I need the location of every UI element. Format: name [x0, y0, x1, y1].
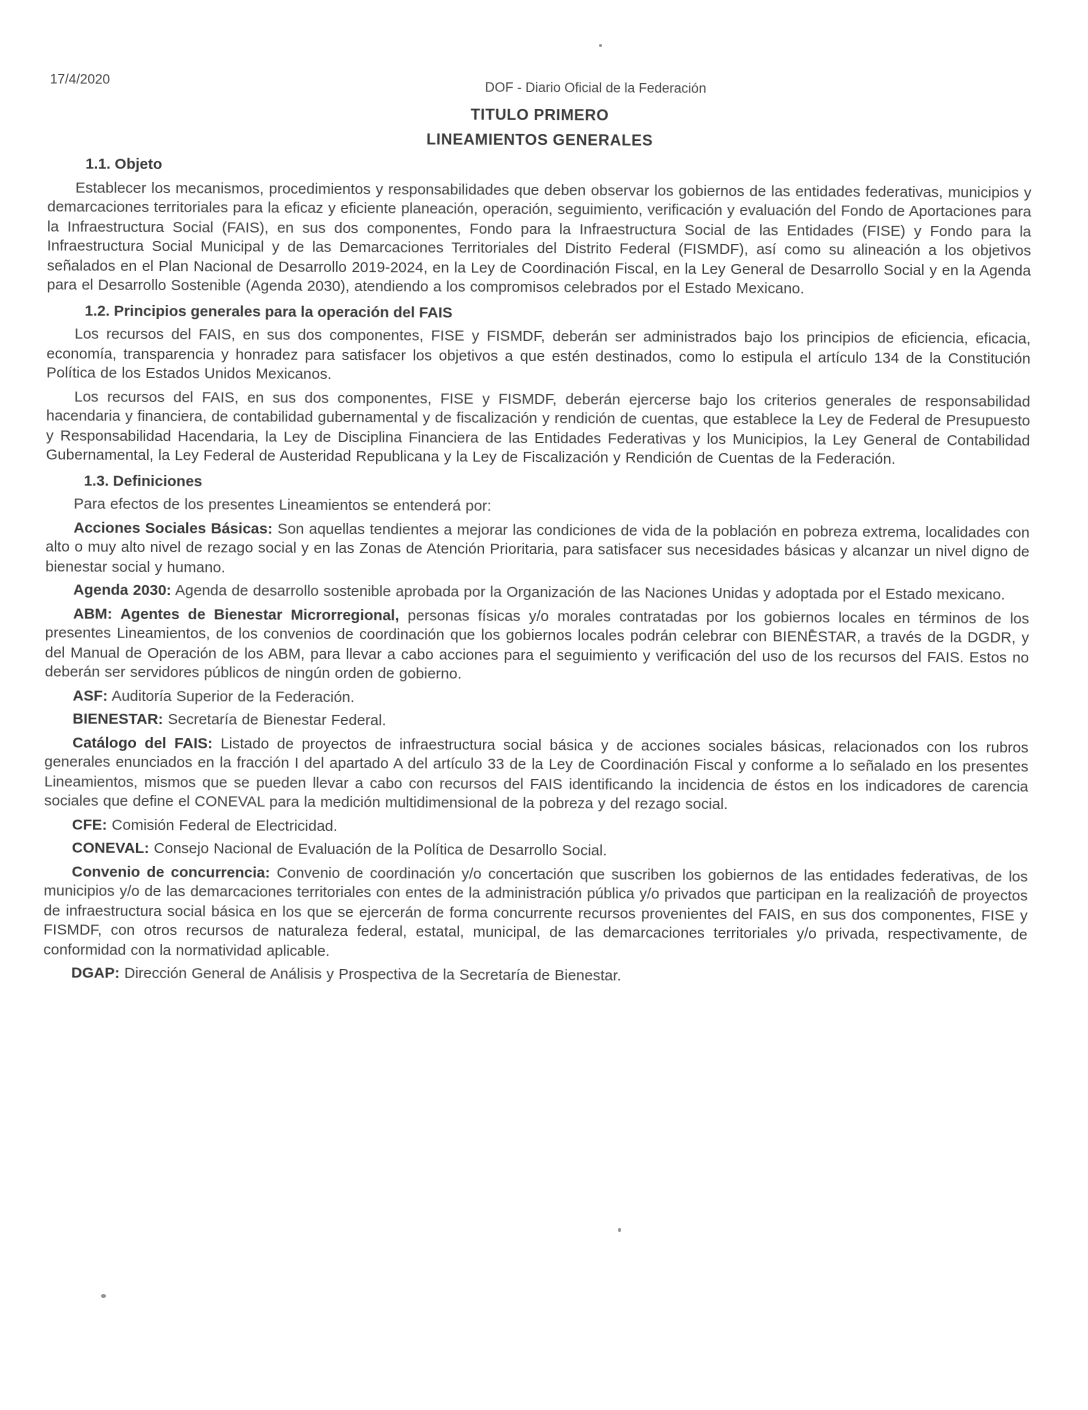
definition-asf: ASF: Auditoría Superior de la Federación…	[45, 686, 1029, 711]
definition-term: CFE:	[72, 816, 107, 833]
document-title: TITULO PRIMERO	[48, 103, 1032, 128]
definition-term: CONEVAL:	[72, 840, 149, 857]
scan-artifact	[618, 1228, 621, 1232]
definition-cfe: CFE: Comisión Federal de Electricidad.	[44, 815, 1028, 840]
definition-term: ASF:	[73, 687, 108, 704]
definition-text: Comisión Federal de Electricidad.	[107, 816, 338, 834]
section-heading-definiciones: 1.3. Definiciones	[46, 471, 1030, 496]
definition-bienestar: BIENESTAR: Secretaría de Bienestar Feder…	[45, 709, 1029, 734]
definition-term: Catálogo del FAIS:	[72, 734, 212, 752]
page-content: 17/4/2020 DOF - Diario Oficial de la Fed…	[43, 71, 1032, 988]
definition-text: Dirección General de Análisis y Prospect…	[120, 965, 622, 985]
paragraph-principios-1: Los recursos del FAIS, en sus dos compon…	[46, 324, 1030, 388]
definition-text: Agenda de desarrollo sostenible aprobada…	[171, 582, 1005, 603]
scan-artifact	[599, 44, 602, 47]
definition-dgap: DGAP: Dirección General de Análisis y Pr…	[43, 963, 1027, 988]
section-heading-objeto: 1.1. Objeto	[47, 154, 1031, 179]
definition-convenio-concurrencia: Convenio de concurrencia: Convenio de co…	[43, 862, 1027, 965]
paragraph-principios-2: Los recursos del FAIS, en sus dos compon…	[46, 387, 1030, 470]
definition-text: Auditoría Superior de la Federación.	[108, 687, 355, 705]
scan-artifact	[101, 1294, 106, 1298]
section-heading-principios: 1.2. Principios generales para la operac…	[47, 301, 1031, 326]
paragraph-definiciones-intro: Para efectos de los presentes Lineamient…	[46, 494, 1030, 519]
definition-agenda-2030: Agenda 2030: Agenda de desarrollo sosten…	[45, 580, 1029, 605]
definition-term: Acciones Sociales Básicas:	[74, 519, 273, 537]
page-header: 17/4/2020 DOF - Diario Oficial de la Fed…	[48, 71, 1032, 93]
site-header-title: DOF - Diario Oficial de la Federación	[485, 80, 706, 96]
print-date: 17/4/2020	[50, 71, 110, 86]
definition-text: Consejo Nacional de Evaluación de la Pol…	[149, 840, 607, 859]
definition-catalogo-fais: Catálogo del FAIS: Listado de proyectos …	[44, 733, 1028, 816]
document-subtitle: LINEAMIENTOS GENERALES	[48, 128, 1032, 153]
definition-term: Agenda 2030:	[73, 582, 171, 600]
definition-abm: ABM: Agentes de Bienestar Microrregional…	[45, 604, 1029, 687]
scanned-document-page: 17/4/2020 DOF - Diario Oficial de la Fed…	[0, 0, 1088, 1410]
definition-term: Convenio de concurrencia:	[72, 863, 270, 881]
paragraph-objeto: Establecer los mecanismos, procedimiento…	[47, 178, 1032, 300]
definition-term: BIENESTAR:	[73, 711, 164, 728]
definition-acciones-sociales-basicas: Acciones Sociales Básicas: Son aquellas …	[45, 518, 1029, 582]
scan-artifact	[930, 888, 933, 891]
definition-coneval: CONEVAL: Consejo Nacional de Evaluación …	[44, 838, 1028, 863]
definition-term: DGAP:	[71, 965, 119, 982]
definition-term: ABM: Agentes de Bienestar Microrregional…	[73, 605, 399, 624]
scan-artifact	[810, 629, 814, 632]
definition-text: Secretaría de Bienestar Federal.	[163, 711, 386, 729]
